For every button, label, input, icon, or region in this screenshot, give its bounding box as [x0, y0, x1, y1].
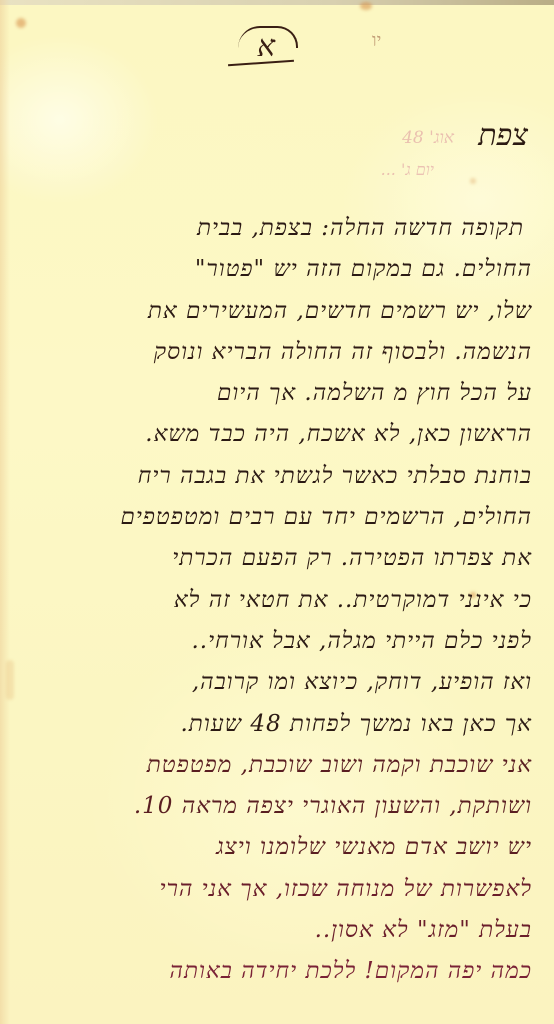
letter-line: הראשון כאן, לא אשכח, היה כבד משא.: [20, 414, 532, 455]
stain-mark: [6, 660, 14, 700]
faint-mark: יו: [372, 30, 381, 51]
place-heading: צפת: [478, 118, 528, 153]
letter-line: אני שוכבת וקמה ושוב שוכבת, מפטפטת: [20, 745, 532, 786]
letter-line: אך כאן באו נמשך לפחות 48 שעות.: [20, 704, 532, 745]
letter-line: ואז הופיע, דוחק, כיוצא ומו קרובה,: [20, 662, 532, 703]
letter-line: בוחנת סבלתי כאשר לגשתי את בגבה ריח: [20, 456, 532, 497]
letter-line: הנשמה. ולבסוף זה החולה הבריא ונוסק: [20, 332, 532, 373]
page-number-text: א: [257, 29, 275, 64]
letter-line: כי אינני דמוקרטית.. את חטאי זה לא: [20, 580, 532, 621]
bleed-through-text: יום ג' ...: [381, 160, 434, 180]
letter-line: ושותקת, והשעון האוגרי יצפה מראה 10.: [20, 786, 532, 827]
stain-mark: [470, 178, 476, 184]
stain-mark: [360, 2, 372, 10]
letter-line: החולים. גם במקום הזה יש "פטור": [20, 249, 532, 290]
letter-line: את צפרתו הפטירה. רק הפעם הכרתי: [20, 538, 532, 579]
letter-line: יש יושב אדם מאנשי שלומנו ויצג: [20, 827, 532, 868]
letter-line: לפני כלם הייתי מגלה, אבל אורחי..: [20, 621, 532, 662]
letter-line: תקופה חדשה החלה: בצפת, בבית: [20, 208, 532, 249]
letter-line: כמה יפה המקום! ללכת יחידה באותה: [20, 951, 532, 992]
bleed-through-text: אוג' 48: [402, 128, 454, 148]
paper-left-edge: [0, 0, 10, 1024]
letter-body: תקופה חדשה החלה: בצפת, בבית החולים. גם ב…: [20, 208, 532, 993]
stain-mark: [16, 18, 26, 28]
letter-line: לאפשרות של מנוחה שכזו, אך אני הרי: [20, 869, 532, 910]
letter-line: החולים, הרשמים יחד עם רבים ומטפטפים: [20, 497, 532, 538]
letter-line: על הכל חוץ מ השלמה. אך היום: [20, 373, 532, 414]
letter-line: בעלת "מזג" לא אסון..: [20, 910, 532, 951]
letter-line: שלו, יש רשמים חדשים, המעשירים את: [20, 291, 532, 332]
paper-top-edge: [0, 0, 554, 5]
page-number: א: [228, 22, 304, 64]
